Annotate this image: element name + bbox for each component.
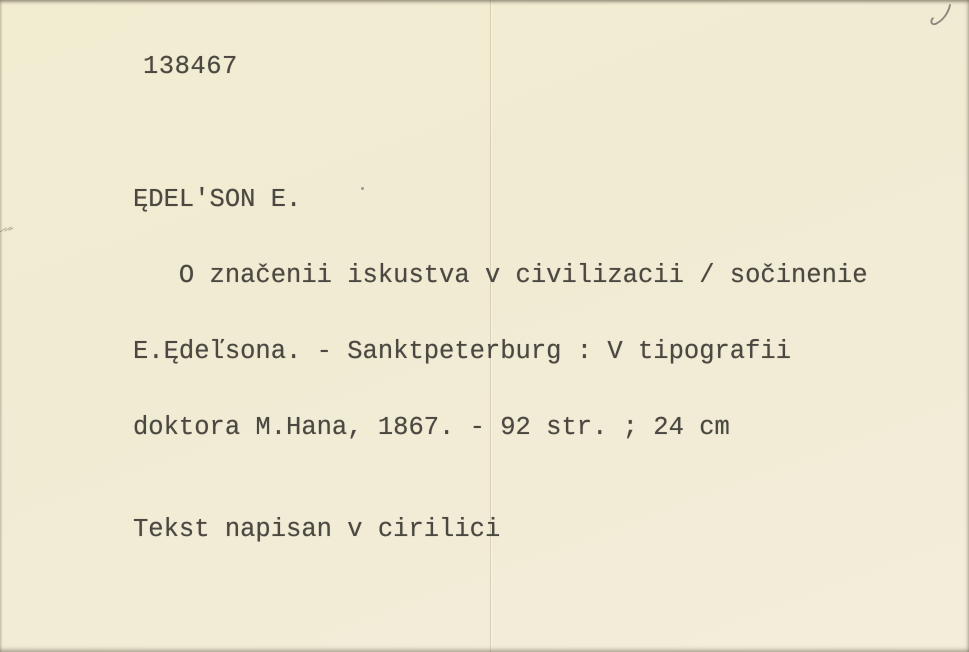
body-line-collation: doktora M.Hana, 1867. - 92 str. ; 24 cm <box>133 415 868 440</box>
heading-author: ĘDEL'SON E. <box>133 187 868 212</box>
pencil-smudge-icon <box>0 224 18 238</box>
check-icon <box>922 2 956 32</box>
note-line: Tekst napisan v cirilici <box>133 517 868 542</box>
body-line-imprint: E.Ędeľsona. - Sanktpeterburg : V tipogra… <box>133 339 868 364</box>
stray-ink-dot <box>361 187 364 190</box>
call-number: 138467 <box>143 52 238 81</box>
catalog-card: 138467 ĘDEL'SON E. O značenii iskustva v… <box>0 0 969 652</box>
card-text-block: ĘDEL'SON E. O značenii iskustva v civili… <box>133 136 868 593</box>
body-line-title: O značenii iskustva v civilizacii / soči… <box>133 263 868 288</box>
